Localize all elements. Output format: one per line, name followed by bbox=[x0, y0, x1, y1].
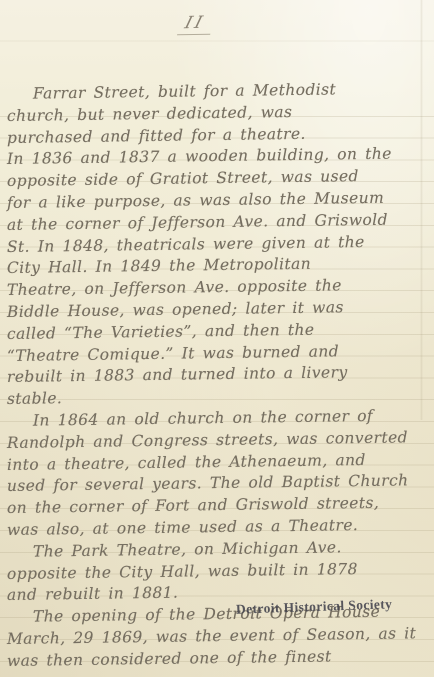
paper-crease-top bbox=[0, 40, 434, 42]
page-number: II bbox=[177, 13, 217, 36]
manuscript-text: Farrar Street, built for a Methodistchur… bbox=[7, 84, 432, 673]
manuscript-page: II Farrar Street, built for a Methodistc… bbox=[0, 0, 434, 677]
